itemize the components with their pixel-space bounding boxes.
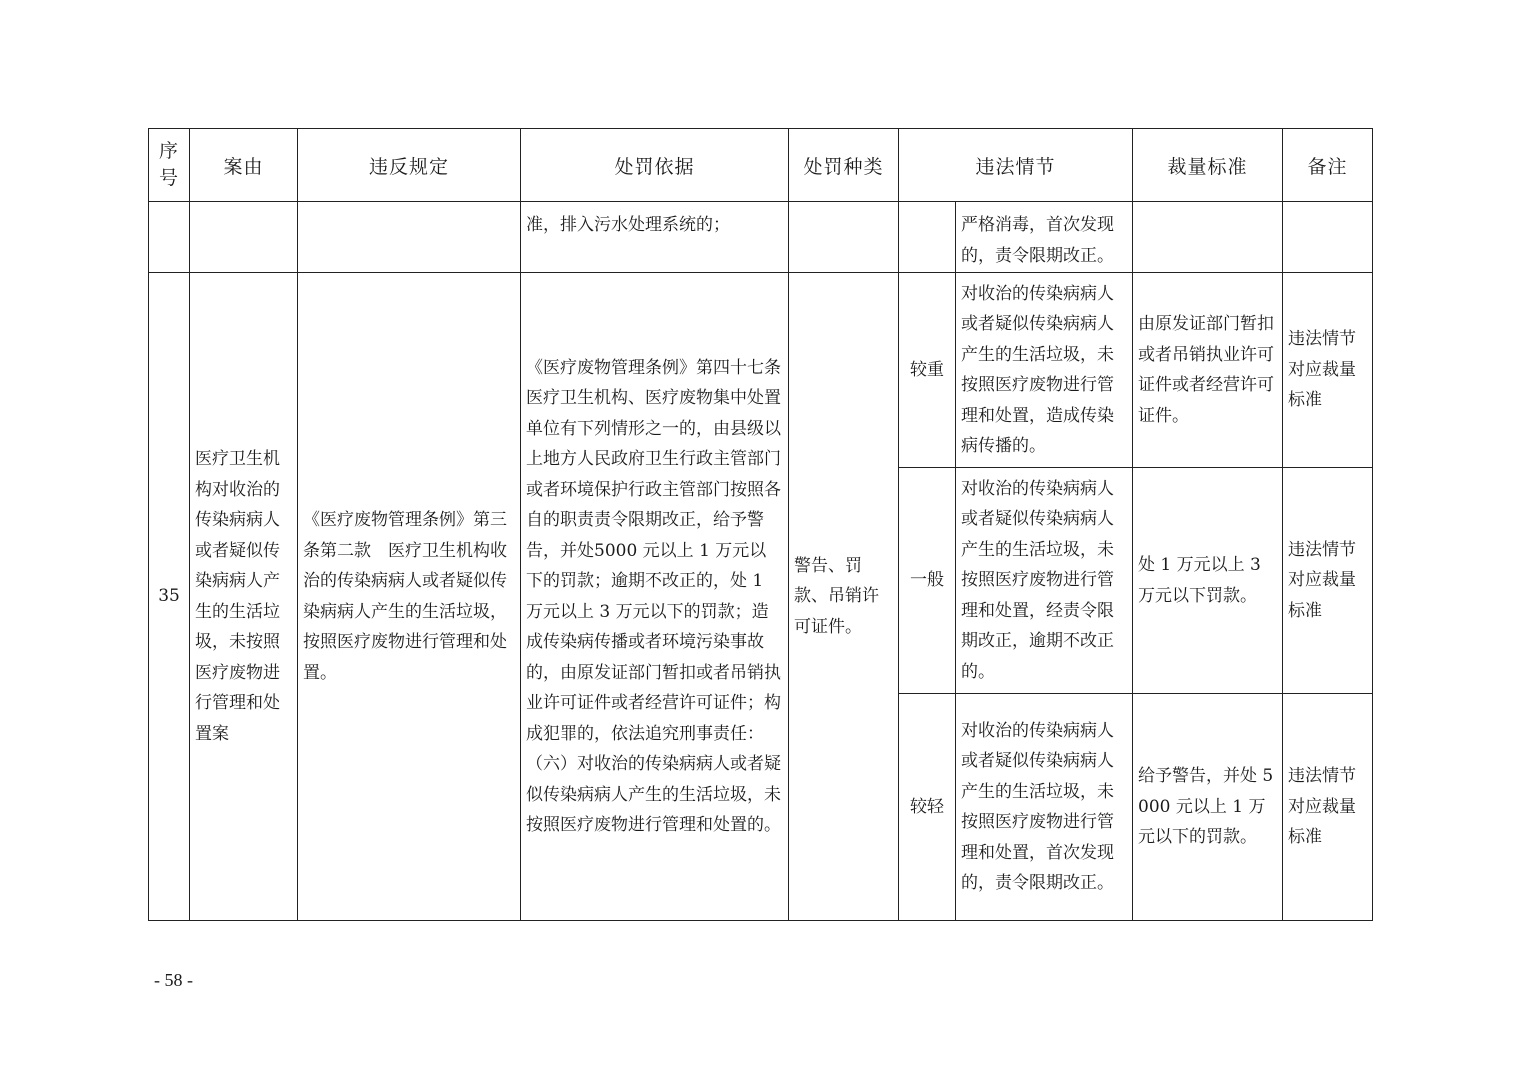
detail-severe: 对收治的传染病病人或者疑似传染病病人产生的生活垃圾，未按照医疗废物进行管理和处置… xyxy=(956,273,1133,468)
standard-severe: 由原发证部门暂扣或者吊销执业许可证件或者经营许可证件。 xyxy=(1133,273,1283,468)
cont-penalty-type xyxy=(789,202,899,273)
cont-standard xyxy=(1133,202,1283,273)
level-general: 一般 xyxy=(899,468,956,694)
cont-basis: 准，排入污水处理系统的； xyxy=(521,202,789,273)
remarks-severe: 违法情节对应裁量标准 xyxy=(1283,273,1373,468)
standard-minor: 给予警告，并处 5000 元以上 1 万元以下的罚款。 xyxy=(1133,694,1283,921)
page-number: - 58 - xyxy=(154,970,193,991)
cont-seq xyxy=(149,202,190,273)
header-remarks: 备注 xyxy=(1283,129,1373,202)
detail-severe-text: 对收治的传染病病人或者疑似传染病病人产生的生活垃圾，未按照医疗废物进行管理和处置… xyxy=(956,279,1132,462)
cont-circumstance: 严格消毒，首次发现的，责令限期改正。 xyxy=(956,202,1133,273)
row-case-text: 医疗卫生机构对收治的传染病病人或者疑似传染病病人产生的生活垃圾，未按照医疗废物进… xyxy=(190,444,297,749)
header-standard: 裁量标准 xyxy=(1133,129,1283,202)
row-case: 医疗卫生机构对收治的传染病病人或者疑似传染病病人产生的生活垃圾，未按照医疗废物进… xyxy=(190,273,298,921)
cont-circumstance-text: 严格消毒，首次发现的，责令限期改正。 xyxy=(956,202,1132,271)
header-violation: 违反规定 xyxy=(298,129,521,202)
row-violation-text: 《医疗废物管理条例》第三条第二款 医疗卫生机构收治的传染病病人或者疑似传染病病人… xyxy=(298,505,520,688)
detail-minor: 对收治的传染病病人或者疑似传染病病人产生的生活垃圾，未按照医疗废物进行管理和处置… xyxy=(956,694,1133,921)
standard-general: 处 1 万元以上 3 万元以下罚款。 xyxy=(1133,468,1283,694)
row-basis-text: 《医疗废物管理条例》第四十七条 医疗卫生机构、医疗废物集中处置单位有下列情形之一… xyxy=(521,353,788,841)
cont-case xyxy=(190,202,298,273)
detail-general-text: 对收治的传染病病人或者疑似传染病病人产生的生活垃圾，未按照医疗废物进行管理和处置… xyxy=(956,474,1132,688)
header-seq: 序号 xyxy=(149,129,190,202)
cont-basis-text: 准，排入污水处理系统的； xyxy=(521,202,788,241)
row-basis: 《医疗废物管理条例》第四十七条 医疗卫生机构、医疗废物集中处置单位有下列情形之一… xyxy=(521,273,789,921)
level-severe: 较重 xyxy=(899,273,956,468)
continuation-row: 准，排入污水处理系统的； 严格消毒，首次发现的，责令限期改正。 xyxy=(149,202,1373,273)
remarks-severe-text: 违法情节对应裁量标准 xyxy=(1283,324,1372,416)
discretion-standard-table: 序号 案由 违反规定 处罚依据 处罚种类 违法情节 裁量标准 备注 准，排入污水… xyxy=(148,128,1373,921)
header-basis: 处罚依据 xyxy=(521,129,789,202)
standard-minor-text: 给予警告，并处 5000 元以上 1 万元以下的罚款。 xyxy=(1133,761,1282,853)
remarks-minor-text: 违法情节对应裁量标准 xyxy=(1283,761,1372,853)
header-case: 案由 xyxy=(190,129,298,202)
header-circumstances: 违法情节 xyxy=(899,129,1133,202)
standard-severe-text: 由原发证部门暂扣或者吊销执业许可证件或者经营许可证件。 xyxy=(1133,309,1282,431)
header-row: 序号 案由 违反规定 处罚依据 处罚种类 违法情节 裁量标准 备注 xyxy=(149,129,1373,202)
standard-general-text: 处 1 万元以上 3 万元以下罚款。 xyxy=(1133,550,1282,611)
row-penalty-type-text: 警告、罚款、吊销许可证件。 xyxy=(789,551,898,643)
remarks-general: 违法情节对应裁量标准 xyxy=(1283,468,1373,694)
table-row-35-severe: 35 医疗卫生机构对收治的传染病病人或者疑似传染病病人产生的生活垃圾，未按照医疗… xyxy=(149,273,1373,468)
row-seq: 35 xyxy=(149,273,190,921)
detail-minor-text: 对收治的传染病病人或者疑似传染病病人产生的生活垃圾，未按照医疗废物进行管理和处置… xyxy=(956,716,1132,899)
level-minor: 较轻 xyxy=(899,694,956,921)
remarks-general-text: 违法情节对应裁量标准 xyxy=(1283,535,1372,627)
cont-level xyxy=(899,202,956,273)
remarks-minor: 违法情节对应裁量标准 xyxy=(1283,694,1373,921)
cont-remarks xyxy=(1283,202,1373,273)
header-penalty-type: 处罚种类 xyxy=(789,129,899,202)
cont-violation xyxy=(298,202,521,273)
row-penalty-type: 警告、罚款、吊销许可证件。 xyxy=(789,273,899,921)
detail-general: 对收治的传染病病人或者疑似传染病病人产生的生活垃圾，未按照医疗废物进行管理和处置… xyxy=(956,468,1133,694)
row-violation: 《医疗废物管理条例》第三条第二款 医疗卫生机构收治的传染病病人或者疑似传染病病人… xyxy=(298,273,521,921)
